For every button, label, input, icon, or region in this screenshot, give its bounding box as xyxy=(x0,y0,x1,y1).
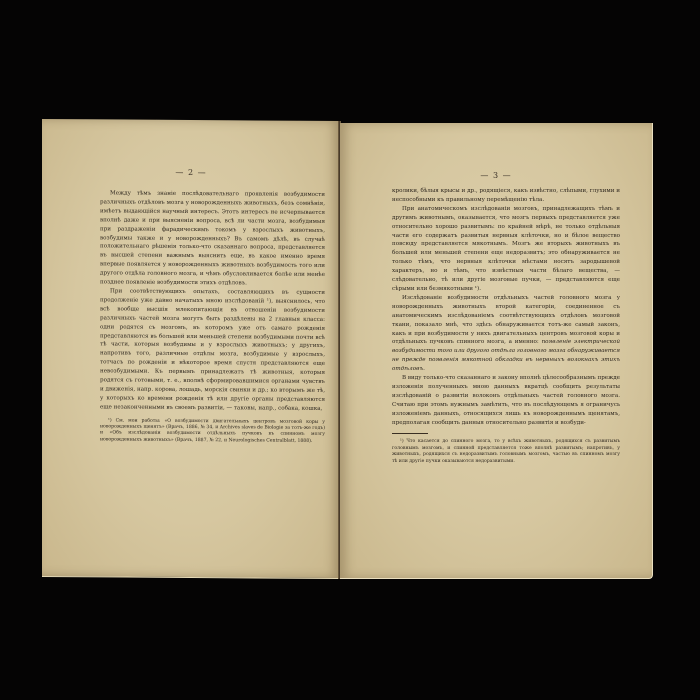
paragraph: кролики, бѣлыя крысы и др., родящіеся, к… xyxy=(392,187,620,205)
footnote-divider xyxy=(392,433,428,434)
right-page: — 3 — кролики, бѣлыя крысы и др., родящі… xyxy=(340,123,653,579)
footnote: ¹) См. мои работы: «О возбудимости двига… xyxy=(100,418,325,445)
page-number: — 2 — xyxy=(42,167,340,178)
body-text: Между тѣмъ знаніе послѣдовательнаго проя… xyxy=(100,189,325,445)
page-number: — 3 — xyxy=(340,171,652,180)
paragraph: Между тѣмъ знаніе послѣдовательнаго проя… xyxy=(100,189,325,289)
body-text: кролики, бѣлыя крысы и др., родящіеся, к… xyxy=(392,187,620,465)
paragraph-text: Изслѣдованіе возбудимости отдѣльныхъ час… xyxy=(392,295,620,346)
paragraph: При анатомическомъ изслѣдованіи мозговъ,… xyxy=(392,205,620,294)
footnote: ¹) Что касается до спинного мозга, то у … xyxy=(392,439,620,465)
footnote-area: ¹) См. мои работы: «О возбудимости двига… xyxy=(100,418,325,445)
left-page: — 2 — Между тѣмъ знаніе послѣдовательнаг… xyxy=(42,119,340,579)
paragraph: При соотвѣтствующихъ опытахъ, составляющ… xyxy=(100,287,325,413)
paragraph: В виду только-что сказаннаго и закону вп… xyxy=(392,374,620,427)
paragraph: Изслѣдованіе возбудимости отдѣльныхъ час… xyxy=(392,294,620,374)
